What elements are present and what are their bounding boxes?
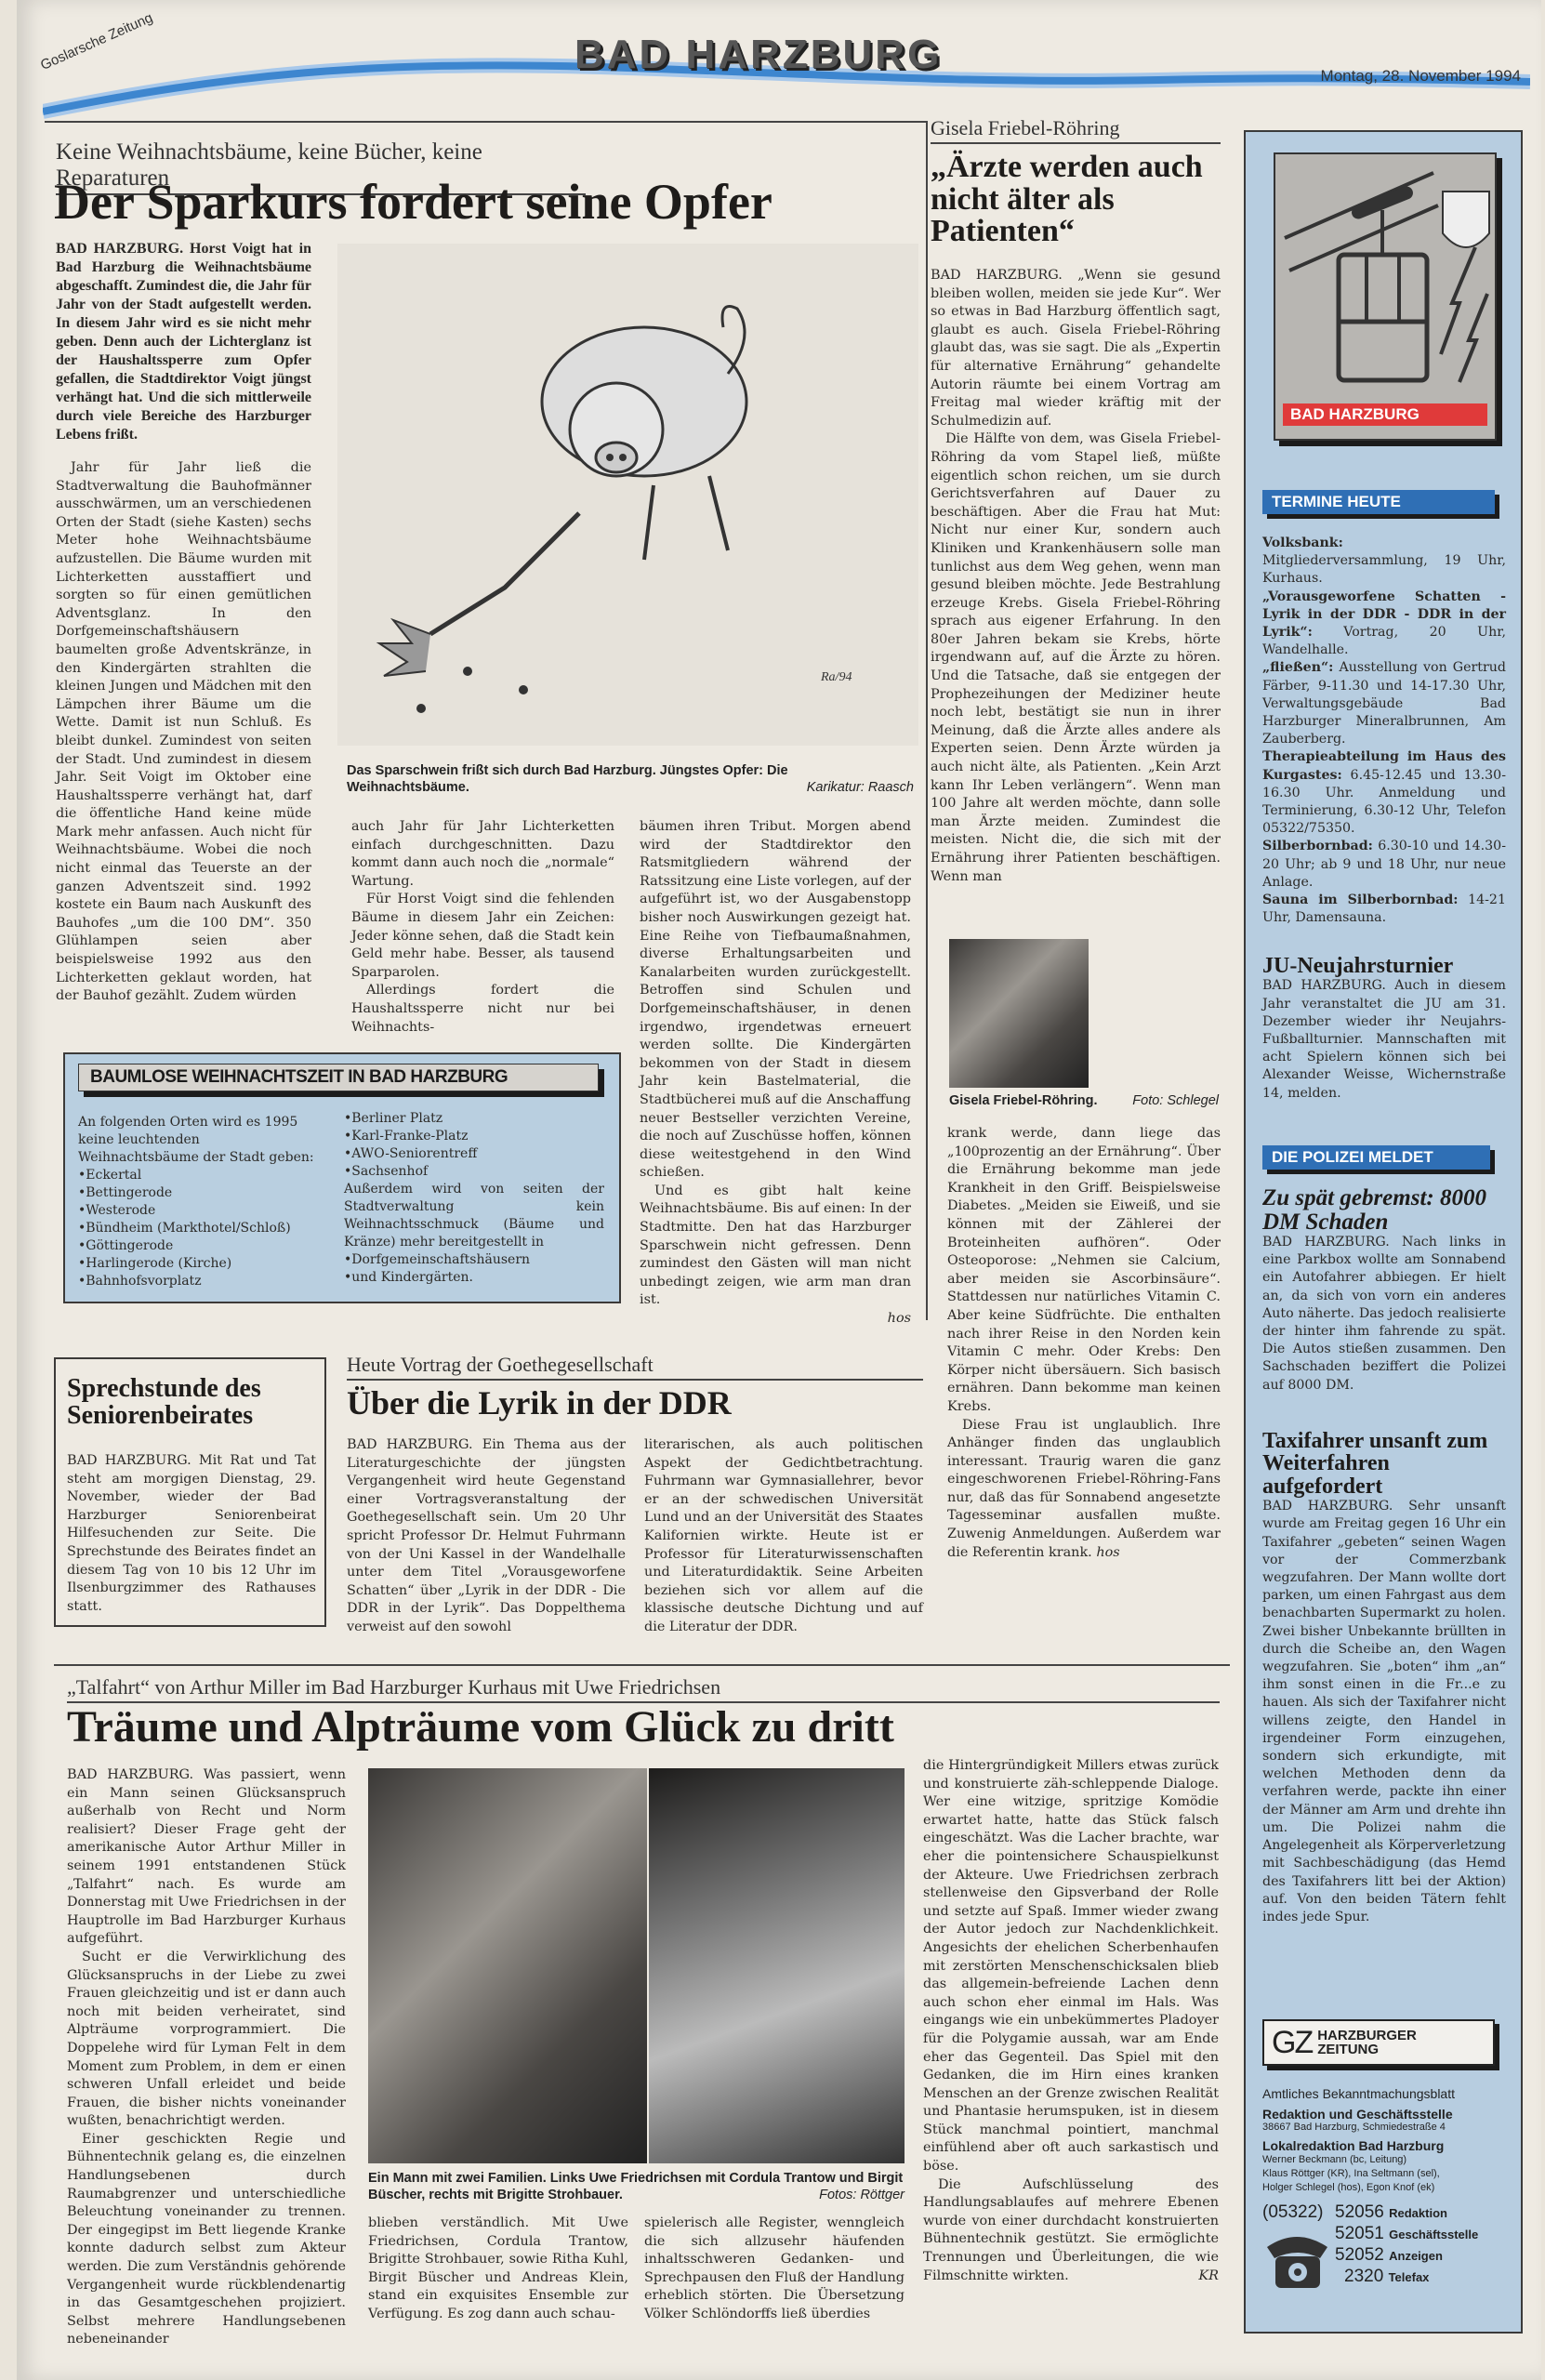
photo-credit: Fotos: Röttger bbox=[819, 2187, 905, 2203]
lyrik-kicker: Heute Vortrag der Goethegesellschaft bbox=[347, 1353, 923, 1381]
place-item: Bettingerode bbox=[78, 1184, 320, 1202]
place-item: Bahnhofsvorplatz bbox=[78, 1273, 320, 1290]
lyrik-column-1: BAD HARZBURG. Ein Thema aus der Literatu… bbox=[347, 1436, 626, 1637]
lead-column-2: auch Jahr für Jahr Lichterketten einfach… bbox=[351, 818, 614, 1037]
ju-headline: JU-Neujahrsturnier bbox=[1262, 955, 1506, 977]
info-box-right-column: Berliner Platz Karl-Franke-Platz AWO-Sen… bbox=[344, 1110, 604, 1287]
friebel-body-top: BAD HARZBURG. „Wenn sie gesund bleiben w… bbox=[931, 267, 1221, 886]
phone-line: 52051 Geschäftsstelle bbox=[1335, 2224, 1478, 2245]
theater-article: „Talfahrt“ von Arthur Miller im Bad Harz… bbox=[54, 1664, 1230, 2352]
friebel-article: Gisela Friebel-Röhring „Ärzte werden auc… bbox=[931, 116, 1228, 1325]
stage-photo-right bbox=[649, 1768, 905, 2163]
masthead-title: BAD HARZBURG bbox=[574, 32, 942, 78]
theater-kicker: „Talfahrt“ von Arthur Miller im Bad Harz… bbox=[67, 1675, 1220, 1703]
place-item: Bündheim (Markthotel/Schloß) bbox=[78, 1220, 320, 1237]
termine-item: Sauna im Silberbornbad: 14-21 Uhr, Damen… bbox=[1262, 892, 1506, 927]
author-signature: hos bbox=[873, 1310, 911, 1329]
lead-headline: Der Sparkurs fordert seine Opfer bbox=[54, 177, 772, 228]
termine-list: Volksbank: Mitgliederversammlung, 19 Uhr… bbox=[1262, 535, 1506, 927]
lyrik-column-2: literarischen, als auch politischen Aspe… bbox=[644, 1436, 923, 1637]
imprint: GZ HARZBURGERZEITUNG Amtliches Bekanntma… bbox=[1262, 2019, 1513, 2305]
friebel-body-bottom: krank werde, dann liege das „100prozenti… bbox=[947, 1125, 1221, 1562]
lead-paragraph: Jahr für Jahr ließ die Stadtverwaltung d… bbox=[56, 459, 311, 1006]
place-item: Eckertal bbox=[78, 1167, 320, 1184]
piggy-bank-cartoon-icon: Ra/94 bbox=[337, 244, 918, 746]
info-box-left-column: An folgenden Orten wird es 1995 keine le… bbox=[78, 1114, 320, 1290]
gz-logo: GZ HARZBURGERZEITUNG bbox=[1262, 2019, 1495, 2066]
logo-label: BAD HARZBURG bbox=[1283, 403, 1487, 426]
info-box-title: BAUMLOSE WEIHNACHTSZEIT IN BAD HARZBURG bbox=[78, 1064, 599, 1091]
theater-column-1: BAD HARZBURG. Was passiert, wenn ein Man… bbox=[67, 1766, 346, 2349]
stage-photo-left bbox=[368, 1768, 647, 2163]
phone-line: 52052 Anzeigen bbox=[1335, 2245, 1478, 2267]
author-signature: KR bbox=[1183, 2268, 1219, 2286]
place-item: Harlingerode (Kirche) bbox=[78, 1255, 320, 1273]
place-item: Westerode bbox=[78, 1202, 320, 1220]
theater-column-3: spielerisch alle Register, wenngleich di… bbox=[644, 2215, 905, 2324]
cable-car-icon bbox=[1275, 154, 1499, 396]
place-list-left: Eckertal Bettingerode Westerode Bündheim… bbox=[78, 1167, 320, 1290]
termine-item: „Vorausgeworfene Schatten - Lyrik in der… bbox=[1262, 588, 1506, 660]
imprint-address: 38667 Bad Harzburg, Schmiedestraße 4 bbox=[1262, 2122, 1513, 2133]
termine-section: TERMINE HEUTE Volksbank: Mitgliederversa… bbox=[1262, 490, 1506, 927]
place-item: Göttingerode bbox=[78, 1237, 320, 1255]
imprint-office-title: Redaktion und Geschäftsstelle bbox=[1262, 2107, 1513, 2122]
cartoon-caption: Das Sparschwein frißt sich durch Bad Har… bbox=[347, 762, 914, 796]
portrait-photo bbox=[949, 939, 1089, 1088]
polizei-title: DIE POLIZEI MELDET bbox=[1262, 1145, 1490, 1170]
lead-column-1: BAD HARZBURG. Horst Voigt hat in Bad Har… bbox=[56, 240, 311, 1006]
senioren-box: Sprechstunde des Seniorenbeirates BAD HA… bbox=[54, 1357, 326, 1627]
lead-column-3: bäumen ihren Tribut. Morgen abend wird d… bbox=[640, 818, 911, 1329]
telephone-icon bbox=[1262, 2230, 1332, 2291]
lead-intro: BAD HARZBURG. Horst Voigt hat in Bad Har… bbox=[56, 240, 311, 444]
theater-photo-caption: Ein Mann mit zwei Familien. Links Uwe Fr… bbox=[368, 2170, 905, 2203]
phone-line: 2320 Telefax bbox=[1335, 2267, 1478, 2288]
imprint-local-title: Lokalredaktion Bad Harzburg bbox=[1262, 2138, 1513, 2153]
place-item: Sachsenhof bbox=[344, 1163, 604, 1181]
svg-text:Ra/94: Ra/94 bbox=[820, 670, 852, 684]
polizei-section: DIE POLIZEI MELDET Zu spät gebremst: 800… bbox=[1262, 1145, 1506, 1926]
termine-title: TERMINE HEUTE bbox=[1262, 490, 1495, 514]
cartoon-piggybank: Ra/94 bbox=[337, 244, 918, 746]
imprint-subtitle: Amtliches Bekanntmachungsblatt bbox=[1262, 2086, 1513, 2101]
phone-line: 52056 Redaktion bbox=[1335, 2202, 1478, 2224]
imprint-staff: Werner Beckmann (bc, Leitung) Klaus Rött… bbox=[1262, 2153, 1513, 2195]
senioren-body: BAD HARZBURG. Mit Rat und Tat steht am m… bbox=[67, 1452, 316, 1616]
place-item: Berliner Platz bbox=[344, 1110, 604, 1128]
place-list-right: Berliner Platz Karl-Franke-Platz AWO-Sen… bbox=[344, 1110, 604, 1181]
lyrik-headline: Über die Lyrik in der DDR bbox=[347, 1386, 732, 1421]
info-box-treeless-christmas: BAUMLOSE WEIHNACHTSZEIT IN BAD HARZBURG … bbox=[63, 1052, 621, 1303]
lyrik-article: Heute Vortrag der Goethegesellschaft Übe… bbox=[347, 1353, 932, 1622]
polizei-story2-headline: Taxifahrer unsanft zum Weiterfahren aufg… bbox=[1262, 1430, 1506, 1498]
ju-article: JU-Neujahrsturnier BAD HARZBURG. Auch in… bbox=[1262, 955, 1506, 1103]
sidebar: BAD HARZBURG TERMINE HEUTE Volksbank: Mi… bbox=[1244, 130, 1523, 2334]
ju-body: BAD HARZBURG. Auch in diesem Jahr verans… bbox=[1262, 977, 1506, 1102]
lead-article: Keine Weihnachtsbäume, keine Bücher, kei… bbox=[45, 121, 928, 1320]
imprint-phones: (05322) 52056 Redaktion 52051 Geschäftss… bbox=[1262, 2202, 1513, 2305]
area-code: (05322) bbox=[1262, 2202, 1324, 2223]
theater-headline: Träume und Alpträume vom Glück zu dritt bbox=[67, 1705, 894, 1751]
place-item: Karl-Franke-Platz bbox=[344, 1128, 604, 1145]
termine-item: „fließen“: Ausstellung von Gertrud Färbe… bbox=[1262, 659, 1506, 748]
place-item: AWO-Seniorentreff bbox=[344, 1145, 604, 1163]
friebel-kicker: Gisela Friebel-Röhring bbox=[931, 116, 1221, 144]
theater-column-4: die Hintergründigkeit Millers etwas zurü… bbox=[923, 1757, 1219, 2285]
termine-item: Silberbornbad: 6.30-10 und 14.30-20 Uhr;… bbox=[1262, 838, 1506, 892]
friebel-headline: „Ärzte werden auch nicht älter als Patie… bbox=[931, 152, 1221, 248]
newspaper-page: Goslarsche Zeitung BAD HARZBURG Montag, … bbox=[17, 0, 1541, 2380]
friebel-photo-caption: Gisela Friebel-Röhring. Foto: Schlegel bbox=[949, 1092, 1219, 1109]
termine-item: Therapieabteilung im Haus des Kurgastes:… bbox=[1262, 748, 1506, 838]
polizei-story1-headline: Zu spät gebremst: 8000 DM Schaden bbox=[1262, 1186, 1506, 1234]
town-logo: BAD HARZBURG bbox=[1274, 152, 1497, 441]
place-item: Dorfgemeinschaftshäusern bbox=[344, 1251, 604, 1269]
issue-date: Montag, 28. November 1994 bbox=[1321, 67, 1521, 86]
senioren-headline: Sprechstunde des Seniorenbeirates bbox=[67, 1376, 318, 1429]
place-item: und Kindergärten. bbox=[344, 1269, 604, 1287]
photo-credit: Foto: Schlegel bbox=[1132, 1092, 1219, 1109]
termine-item: Volksbank: Mitgliederversammlung, 19 Uhr… bbox=[1262, 535, 1506, 588]
theater-column-2: blieben verständlich. Mit Uwe Friedrichs… bbox=[368, 2215, 628, 2324]
polizei-story1-body: BAD HARZBURG. Nach links in eine Parkbox… bbox=[1262, 1234, 1506, 1395]
author-signature: hos bbox=[1096, 1545, 1119, 1560]
cartoon-credit: Karikatur: Raasch bbox=[807, 779, 914, 796]
polizei-story2-body: BAD HARZBURG. Sehr unsanft wurde am Frei… bbox=[1262, 1498, 1506, 1926]
